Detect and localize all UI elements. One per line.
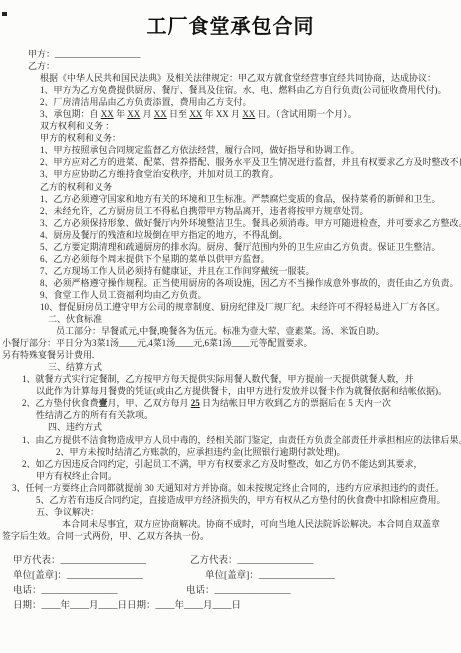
contract-text: 日。（含试用期一个月）。 bbox=[255, 109, 356, 119]
signature-footer: 甲方代表：__________________乙方代表：____________… bbox=[0, 554, 461, 614]
contract-text: 小餐厅部分：平日分为3菜1汤____元,4菜1汤____元,6菜1汤____元等… bbox=[2, 338, 313, 348]
contract-paragraph: 1、就餐方式实行定餐制，乙方按甲方每天提供实际用餐人数代餐，甲方提前一天提供就餐… bbox=[0, 373, 461, 385]
contract-paragraph: 2、甲方未按时结清乙方账款的，应承担违约金(比照银行逾期付款处理)。 bbox=[0, 446, 461, 458]
party-a-signature-field: 电话：________________ bbox=[0, 584, 186, 599]
contract-text: 年 XX 月 bbox=[202, 109, 242, 119]
contract-text: 员工部分：早餐贰元,中餐,晚餐各为伍元。标准为壹大荤、壹素菜。汤、米饭自助。 bbox=[56, 326, 385, 336]
contract-paragraph: 根据《中华人民共和国民法典》及相关法律规定：甲乙双方就食堂经营事宜经共同协商，达… bbox=[0, 72, 461, 84]
contract-fill-value: XX bbox=[242, 109, 255, 119]
contract-paragraph: 性结清乙方的所有有关款项。 bbox=[0, 409, 461, 421]
contract-text: 2、厂房清洁用品由乙方负责添置，费用由乙方支付。 bbox=[40, 97, 252, 107]
contract-paragraph: 本合同未尽事宜，双方应协商解决。协商不成时，可向当地人民法院诉讼解决。本合同自双… bbox=[0, 518, 461, 530]
contract-text: 1、由乙方提供不洁食物造成甲方人员中毒的，经相关部门鉴定，由责任方负责全部责任并… bbox=[22, 435, 461, 445]
contract-paragraph: 2、未经允许，乙方厨房员工不得私自携带甲方物品离开，违者将按甲方规章处罚。 bbox=[0, 205, 461, 217]
contract-text: 本合同未尽事宜，双方应协商解决。协商不成时，可向当地人民法院诉讼解决。本合同自双… bbox=[62, 519, 440, 529]
contract-paragraph: 1、由乙方提供不洁食物造成甲方人员中毒的，经相关部门鉴定，由责任方负责全部责任并… bbox=[0, 434, 461, 446]
contract-paragraph: 三、结算方式 bbox=[0, 361, 461, 373]
contract-fill-value: XX bbox=[189, 109, 202, 119]
contract-text: 甲方有权终止合同。 bbox=[36, 471, 117, 481]
contract-body: 甲方：___________________乙方：根据《中华人民共和国民法典》及… bbox=[0, 48, 461, 542]
contract-paragraph: 7、乙方现场工作人员必须持有健康证，并且在工作间穿戴统一服装。 bbox=[0, 265, 461, 277]
contract-paragraph: 9、食堂工作人员工资福利均由乙方负责。 bbox=[0, 289, 461, 301]
contract-text: 四、违约方式 bbox=[48, 422, 102, 432]
contract-paragraph: 以此作为计算每月餐费的凭证(或由乙方提供餐卡，由甲方进行发放并以餐卡作为就餐依据… bbox=[0, 385, 461, 397]
contract-text: 另有特殊宴餐另计费用. bbox=[2, 350, 94, 360]
contract-text: 年 bbox=[114, 109, 128, 119]
contract-text: 2、如乙方因违反合同约定，引起员工不满，甲方有权要求乙方及时整改，如乙方仍不能达… bbox=[22, 459, 423, 469]
contract-text: 9、食堂工作人员工资福利均由乙方负责。 bbox=[40, 290, 207, 300]
contract-paragraph: 员工部分：早餐贰元,中餐,晚餐各为伍元。标准为壹大荤、壹素菜。汤、米饭自助。 bbox=[0, 325, 461, 337]
contract-text: 1、乙方必须遵守国家和地方有关的环境和卫生标准。严禁腐烂变质的食品，保持菜肴的新… bbox=[40, 194, 441, 204]
contract-text: 乙方的权利和义务 bbox=[40, 182, 112, 192]
party-b-signature-field: 电话：________________ bbox=[186, 584, 291, 599]
contract-text: 1、甲方为乙方免费提供厨房、餐厅、餐具及住宿。水、电、燃料由乙方自行负责(公司征… bbox=[40, 85, 447, 95]
contract-paragraph: 4、厨房及餐厅的残渣和垃圾倒在甲方指定的地方，不得乱倒。 bbox=[0, 229, 461, 241]
contract-text: 甲方： bbox=[28, 49, 55, 59]
contract-text: 3、任何一方要终止合同都就提前 30 天通知对方并协商。如未按规定终止合同的，违… bbox=[12, 483, 444, 493]
contract-text: 日至 bbox=[167, 109, 190, 119]
contract-fill-value: 25 bbox=[191, 398, 200, 408]
contract-paragraph: 五、争议解决： bbox=[0, 506, 461, 518]
contract-text: 7、乙方现场工作人员必须持有健康证，并且在工作间穿戴统一服装。 bbox=[40, 266, 315, 276]
contract-paragraph: 10、督促厨房员工遵守甲方公司的规章制度、厨房纪律及厂规厂纪。未经许可不得轻易进… bbox=[0, 301, 461, 313]
contract-document-page: 工厂食堂承包合同 甲方：___________________乙方：根据《中华人… bbox=[0, 0, 461, 653]
contract-paragraph: 甲方有权终止合同。 bbox=[0, 470, 461, 482]
contract-paragraph: 5、乙方若有违反合同约定，直接造成甲方经济损失的，甲方有权从乙方垫付的伙食费中扣… bbox=[0, 494, 461, 506]
contract-text: 2、甲方未按时结清乙方账款的，应承担违约金(比照银行逾期付款处理)。 bbox=[56, 447, 346, 457]
contract-text: 8、必须严格遵守操作规程。正当使用厨房的各项设施，因乙方不当操作成意外事故的，责… bbox=[40, 278, 459, 288]
contract-fill-value: 壹 bbox=[99, 398, 108, 408]
contract-paragraph: 2、厂房清洁用品由乙方负责添置，费用由乙方支付。 bbox=[0, 96, 461, 108]
contract-fill-value: XX bbox=[154, 109, 167, 119]
contract-paragraph: 乙方的权利和义务 bbox=[0, 181, 461, 193]
contract-paragraph: 3、乙方必须保持形象、做好餐厅内外环境整洁卫生。餐具必须消毒。甲方可随进检查，并… bbox=[0, 217, 461, 229]
signature-row: 电话：________________电话：________________ bbox=[0, 584, 461, 599]
contract-fill-value: XX bbox=[127, 109, 140, 119]
contract-text: 10、督促厨房员工遵守甲方公司的规章制度、厨房纪律及厂规厂纪。未经许可不得轻易进… bbox=[40, 302, 445, 312]
contract-paragraph: 5、乙方要定期清理和疏通厨房的排水沟。厨房、餐厅范围内外的卫生应由乙方负责。保证… bbox=[0, 241, 461, 253]
party-b-signature-field: 单位[盖章]：________________ bbox=[205, 569, 335, 584]
contract-paragraph: 甲方的权利和义务： bbox=[0, 132, 461, 144]
contract-text: 2、乙方垫付伙食费 bbox=[22, 398, 99, 408]
contract-text: 1、就餐方式实行定餐制，乙方按甲方每天提供实际用餐人数代餐，甲方提前一天提供就餐… bbox=[22, 374, 414, 384]
contract-text: 3、承包期：自 bbox=[40, 109, 101, 119]
party-a-signature-field: 单位[盖章]：________________ bbox=[0, 569, 186, 584]
contract-text: 4、厨房及餐厅的残渣和垃圾倒在甲方指定的地方，不得乱倒。 bbox=[40, 230, 288, 240]
contract-text: 6、乙方必须每个周末提供下个星期的菜单以供甲方监督。 bbox=[40, 254, 270, 264]
contract-text: 月 bbox=[140, 109, 154, 119]
contract-paragraph: 1、乙方必须遵守国家和地方有关的环境和卫生标准。严禁腐烂变质的食品，保持菜肴的新… bbox=[0, 193, 461, 205]
contract-paragraph: 2、乙方垫付伙食费壹月，甲、乙双方每月 25 日为结帐日甲方收到乙方的票据后在 … bbox=[0, 397, 461, 409]
contract-text: 日为结帐日甲方收到乙方的票据后在 5 天内一次 bbox=[200, 398, 391, 408]
contract-text: 2、甲方应对乙方的进菜、配菜、营养搭配、服务水平及卫生情况进行监督，并且有权要求… bbox=[40, 157, 461, 167]
contract-text: 双方权利和义务 ： bbox=[40, 121, 114, 131]
contract-fill-value: XX bbox=[101, 109, 114, 119]
contract-text: 以此作为计算每月餐费的凭证(或由乙方提供餐卡，由甲方进行发放并以餐卡作为就餐依据… bbox=[36, 386, 447, 396]
contract-paragraph: 乙方： bbox=[0, 60, 461, 72]
contract-text: 甲方的权利和义务： bbox=[40, 133, 121, 143]
contract-paragraph: 6、乙方必须每个周末提供下个星期的菜单以供甲方监督。 bbox=[0, 253, 461, 265]
signature-row: 单位[盖章]：________________单位[盖章]：__________… bbox=[0, 569, 461, 584]
contract-paragraph: 3、承包期：自 XX 年 XX 月 XX 日至 XX 年 XX 月 XX 日。（… bbox=[0, 108, 461, 120]
contract-paragraph: 二、伙食标准 bbox=[0, 313, 461, 325]
contract-text: ___________________ bbox=[55, 49, 141, 59]
contract-text: 2、未经允许，乙方厨房员工不得私自携带甲方物品离开，违者将按甲方规章处罚。 bbox=[40, 206, 369, 216]
contract-text: 签字后生效。合同一式两份，甲、乙双方各执一份。 bbox=[2, 531, 209, 541]
contract-paragraph: 甲方：___________________ bbox=[0, 48, 461, 60]
contract-text: 五、争议解决： bbox=[36, 507, 99, 517]
contract-text: 月，甲、乙双方每月 bbox=[108, 398, 191, 408]
contract-paragraph: 签字后生效。合同一式两份，甲、乙双方各执一份。 bbox=[0, 530, 461, 542]
contract-text: 三、结算方式 bbox=[48, 362, 102, 372]
contract-paragraph: 1、甲方为乙方免费提供厨房、餐厅、餐具及住宿。水、电、燃料由乙方自行负责(公司征… bbox=[0, 84, 461, 96]
contract-paragraph: 四、违约方式 bbox=[0, 421, 461, 433]
contract-paragraph: 2、如乙方因违反合同约定，引起员工不满，甲方有权要求乙方及时整改，如乙方仍不能达… bbox=[0, 458, 461, 470]
contract-paragraph: 另有特殊宴餐另计费用. bbox=[0, 349, 461, 361]
contract-text: 5、乙方若有违反合同约定，直接造成甲方经济损失的，甲方有权从乙方垫付的伙食费中扣… bbox=[36, 495, 446, 505]
scan-artifact-mark bbox=[2, 12, 7, 16]
contract-text: 1、甲方按照承包合同规定监督乙方依法经营，履行合同，做好指导和协调工作。 bbox=[40, 145, 360, 155]
contract-text: 5、乙方要定期清理和疏通厨房的排水沟。厨房、餐厅范围内外的卫生应由乙方负责。保证… bbox=[40, 242, 441, 252]
contract-text: 3、甲方应协助乙方维持食堂治安秩序，并加对员工的教育。 bbox=[40, 169, 279, 179]
contract-paragraph: 3、任何一方要终止合同都就提前 30 天通知对方并协商。如未按规定终止合同的，违… bbox=[0, 482, 461, 494]
contract-paragraph: 双方权利和义务 ： bbox=[0, 120, 461, 132]
contract-paragraph: 8、必须严格遵守操作规程。正当使用厨房的各项设施，因乙方不当操作成意外事故的，责… bbox=[0, 277, 461, 289]
document-title: 工厂食堂承包合同 bbox=[0, 14, 461, 40]
signature-row: 甲方代表：__________________乙方代表：____________… bbox=[0, 554, 461, 569]
contract-paragraph: 小餐厅部分：平日分为3菜1汤____元,4菜1汤____元,6菜1汤____元等… bbox=[0, 337, 461, 349]
contract-paragraph: 2、甲方应对乙方的进菜、配菜、营养搭配、服务水平及卫生情况进行监督，并且有权要求… bbox=[0, 156, 461, 168]
contract-text: 根据《中华人民共和国民法典》及相关法律规定：甲乙双方就食堂经营事宜经共同协商，达… bbox=[40, 73, 436, 83]
contract-text: 3、乙方必须保持形象、做好餐厅内外环境整洁卫生。餐具必须消毒。甲方可随进检查，并… bbox=[40, 218, 461, 228]
party-a-signature-field: 甲方代表：__________________ bbox=[0, 554, 186, 569]
date-fields-line: 日期：____年____月____日日期：____年____月____日 bbox=[0, 599, 461, 614]
contract-text: 乙方： bbox=[28, 61, 55, 71]
contract-text: 性结清乙方的所有有关款项。 bbox=[36, 410, 153, 420]
party-b-signature-field: 乙方代表：________________ bbox=[190, 554, 314, 569]
contract-paragraph: 1、甲方按照承包合同规定监督乙方依法经营，履行合同，做好指导和协调工作。 bbox=[0, 144, 461, 156]
contract-paragraph: 3、甲方应协助乙方维持食堂治安秩序，并加对员工的教育。 bbox=[0, 168, 461, 180]
contract-text: 二、伙食标准 bbox=[48, 314, 102, 324]
